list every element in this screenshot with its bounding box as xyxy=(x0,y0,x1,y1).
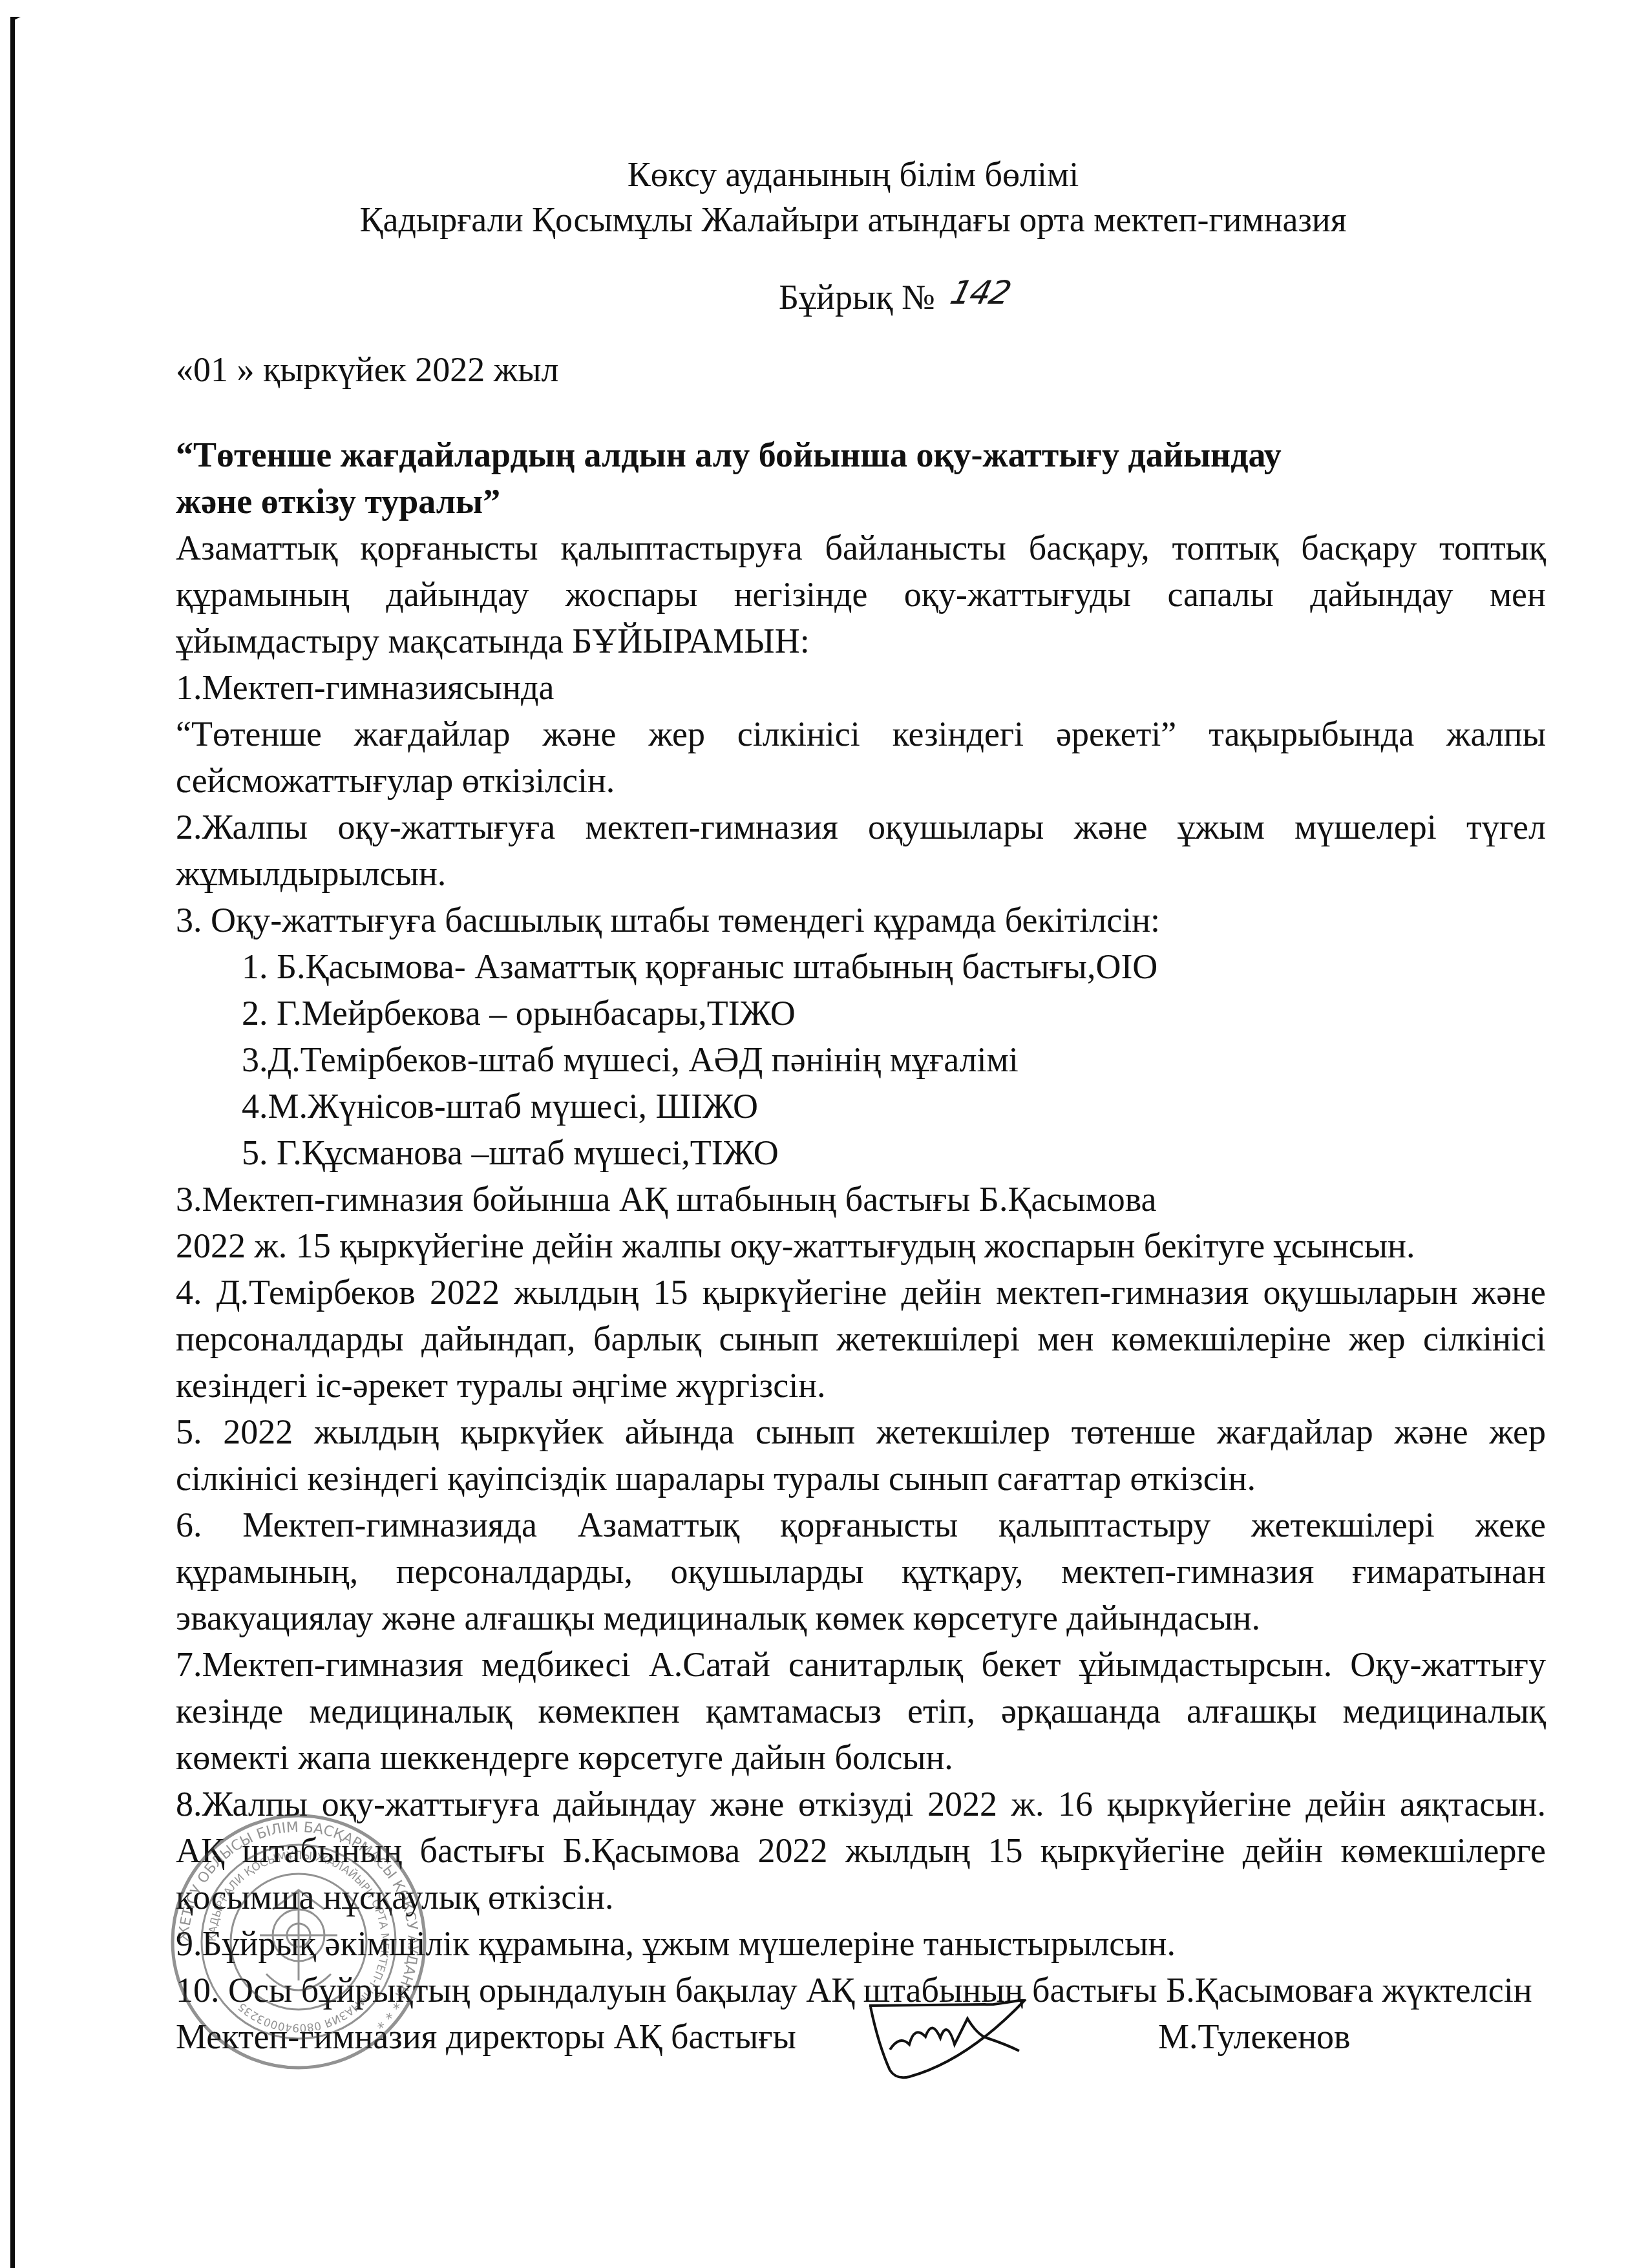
order-date: «01 » қыркүйек 2022 жыл xyxy=(176,349,558,390)
order-number-line: Бұйрық № 142 xyxy=(779,277,1008,319)
handwritten-signature-icon xyxy=(864,1999,1032,2083)
item-3-heading: 3. Оқу-жаттығуға басшылық штабы төмендег… xyxy=(176,897,1546,943)
document-body: “Төтенше жағдайлардың алдын алу бойынша … xyxy=(176,432,1546,2060)
scan-edge-line xyxy=(10,19,15,2268)
item-4: 4. Д.Темірбеков 2022 жылдың 15 қыркүйегі… xyxy=(176,1269,1546,1409)
staff-member-2: 2. Г.Мейрбекова – орынбасары,ТІЖО xyxy=(176,990,1546,1036)
department-heading: Көксу ауданының білім бөлімі xyxy=(0,154,1648,195)
item-6: 6. Мектеп-гимназияда Азаматтық қорғаныст… xyxy=(176,1502,1546,1641)
staff-member-5: 5. Г.Құсманова –штаб мүшесі,ТІЖО xyxy=(176,1129,1546,1176)
item-3b-body: 2022 ж. 15 қыркүйегіне дейін жалпы оқу-ж… xyxy=(176,1223,1546,1269)
preamble: Азаматтық қорғанысты қалыптастыруға байл… xyxy=(176,525,1546,664)
staff-member-3: 3.Д.Темірбеков-штаб мүшесі, АӘД пәнінің … xyxy=(176,1036,1546,1083)
item-9: 9.Бұйрық әкімшілік құрамына, ұжым мүшеле… xyxy=(176,1920,1546,1967)
order-number-handwritten: 142 xyxy=(946,272,1014,313)
staff-member-1: 1. Б.Қасымова- Азаматтық қорғаныс штабын… xyxy=(176,943,1546,990)
signatory-title: Мектеп-гимназия директоры АҚ бастығы xyxy=(176,2013,796,2060)
item-1-body: “Төтенше жағдайлар және жер сілкінісі ке… xyxy=(176,711,1546,804)
signatory-name: М.Тулекенов xyxy=(1158,2013,1351,2060)
order-title-line-2: және өткізу туралы” xyxy=(176,478,1546,525)
item-2: 2.Жалпы оқу-жаттығуға мектеп-гимназия оқ… xyxy=(176,804,1546,897)
item-10: 10. Осы бұйрықтың орындалуын бақылау АҚ … xyxy=(176,1967,1546,2013)
item-1-heading: 1.Мектеп-гимназиясында xyxy=(176,664,1546,711)
order-label: Бұйрық № xyxy=(779,278,935,317)
item-7: 7.Мектеп-гимназия медбикесі А.Сатай сани… xyxy=(176,1641,1546,1781)
signature-row: Мектеп-гимназия директоры АҚ бастығы М.Т… xyxy=(176,2013,1546,2060)
item-8: 8.Жалпы оқу-жаттығуға дайындау және өткі… xyxy=(176,1781,1546,1920)
school-heading: Қадырғали Қосымұлы Жалайыри атындағы орт… xyxy=(0,199,1648,240)
order-title-line-1: “Төтенше жағдайлардың алдын алу бойынша … xyxy=(176,432,1546,478)
staff-member-4: 4.М.Жүнісов-штаб мүшесі, ШІЖО xyxy=(176,1083,1546,1129)
item-3b-heading: 3.Мектеп-гимназия бойынша АҚ штабының ба… xyxy=(176,1176,1546,1223)
item-5: 5. 2022 жылдың қыркүйек айында сынып жет… xyxy=(176,1409,1546,1502)
